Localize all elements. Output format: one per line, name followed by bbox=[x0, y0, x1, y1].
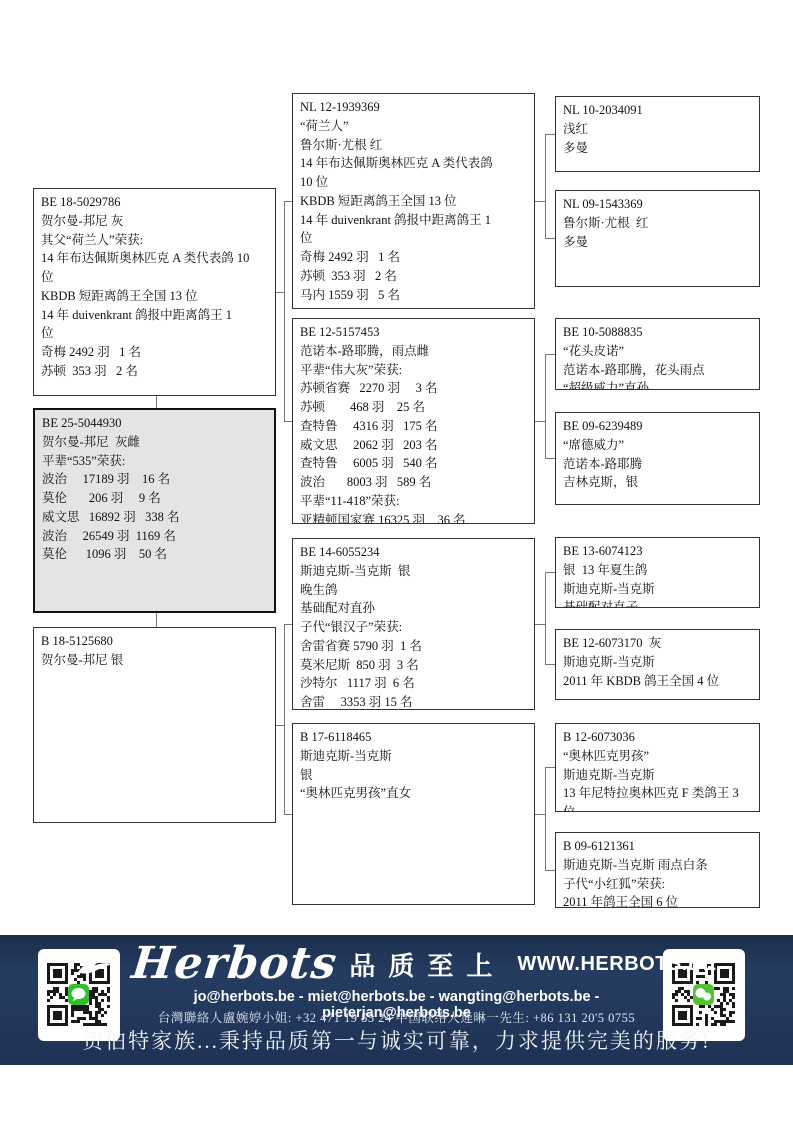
pedigree-text-line: 波治 8003 羽 589 名 bbox=[300, 473, 527, 492]
pedigree-box-fm: BE 12-5157453范诺本-路耶腾，雨点雌平辈“伟大灰”荣获:苏顿省赛 2… bbox=[292, 318, 535, 524]
pedigree-text-line: 平辈“11-418”荣获: bbox=[300, 492, 527, 511]
pedigree-text-line: 位 bbox=[563, 803, 752, 812]
connector-line bbox=[535, 814, 545, 815]
pedigree-box-ffm: NL 09-1543369鲁尔斯·尤根 红多曼 bbox=[555, 190, 760, 287]
connector-line bbox=[545, 664, 555, 665]
pedigree-box-mm: B 17-6118465斯迪克斯-当克斯银“奥林匹克男孩”直女 bbox=[292, 723, 535, 905]
pedigree-text-line: 斯迪克斯-当克斯 银 bbox=[300, 562, 527, 581]
ring-number: BE 25-5044930 bbox=[42, 414, 267, 433]
pedigree-text-line: 奇梅 2492 羽 1 名 bbox=[300, 248, 527, 267]
connector-line bbox=[545, 767, 555, 768]
pedigree-text-line: 基础配对直孙 bbox=[300, 599, 527, 618]
pedigree-text-line: KBDB 短距离鸽王全国 13 位 bbox=[300, 192, 527, 211]
pedigree-box-mmf: B 12-6073036“奥林匹克男孩”斯迪克斯-当克斯13 年尼特拉奥林匹克 … bbox=[555, 723, 760, 812]
ring-number: NL 09-1543369 bbox=[563, 195, 752, 214]
ring-number: BE 10-5088835 bbox=[563, 323, 752, 342]
connector-line bbox=[284, 201, 285, 421]
ring-number: BE 14-6055234 bbox=[300, 543, 527, 562]
brand-logo: Herbots bbox=[130, 942, 340, 986]
pedigree-text-line: 多曼 bbox=[563, 233, 752, 252]
pedigree-text-line: 范诺本-路耶腾，花头雨点 bbox=[563, 361, 752, 380]
pedigree-text-line: 鲁尔斯·尤根 红 bbox=[563, 214, 752, 233]
pedigree-text-line: 范诺本-路耶腾，雨点雌 bbox=[300, 342, 527, 361]
pedigree-box-mfm: BE 12-6073170 灰斯迪克斯-当克斯2011 年 KBDB 鸽王全国 … bbox=[555, 629, 760, 700]
pedigree-text-line: 范诺本-路耶腾 bbox=[563, 455, 752, 474]
connector-line bbox=[545, 870, 555, 871]
pedigree-text-line: 14 年 duivenkrant 鸽报中距离鸽王 1 bbox=[41, 306, 268, 325]
pedigree-box-mother: B 18-5125680贺尔曼-邦尼 银 bbox=[33, 627, 276, 823]
pedigree-text-line: 莫伦 1096 羽 50 名 bbox=[42, 545, 267, 564]
pedigree-text-line: 鲁尔斯·尤根 红 bbox=[300, 136, 527, 155]
pedigree-text-line: 多曼 bbox=[563, 139, 752, 158]
brand-slogan-cn: 品质至上 bbox=[349, 946, 505, 983]
website-link[interactable]: WWW.HERBOTS.BE bbox=[517, 953, 716, 976]
wing-icon bbox=[76, 947, 120, 981]
pedigree-text-line: 贺尔曼-邦尼 灰 bbox=[41, 212, 268, 231]
pedigree-text-line: 沙特尔 1117 羽 6 名 bbox=[300, 674, 527, 693]
ring-number: B 18-5125680 bbox=[41, 632, 268, 651]
pedigree-text-line: 10 位 bbox=[300, 173, 527, 192]
connector-line bbox=[535, 624, 545, 625]
ring-number: BE 09-6239489 bbox=[563, 417, 752, 436]
pedigree-text-line: 斯迪克斯-当克斯 雨点白条 bbox=[563, 856, 752, 875]
connector-line bbox=[545, 572, 555, 573]
pedigree-text-line: 波治 26549 羽 1169 名 bbox=[42, 527, 267, 546]
connector-line bbox=[545, 767, 546, 870]
pedigree-text-line: 莫伦 206 羽 9 名 bbox=[42, 489, 267, 508]
pedigree-box-fff: NL 10-2034091浅红多曼 bbox=[555, 96, 760, 172]
pedigree-text-line: 贺尔曼-邦尼 灰雌 bbox=[42, 433, 267, 452]
connector-line bbox=[156, 396, 157, 408]
ring-number: BE 13-6074123 bbox=[563, 542, 752, 561]
pedigree-text-line: “花头皮诺” bbox=[563, 342, 752, 361]
pedigree-text-line: 莫米尼斯 850 羽 3 名 bbox=[300, 656, 527, 675]
ring-number: BE 12-5157453 bbox=[300, 323, 527, 342]
ring-number: B 17-6118465 bbox=[300, 728, 527, 747]
pedigree-text-line: 苏顿省赛 2270 羽 3 名 bbox=[300, 379, 527, 398]
pedigree-text-line: 查特鲁 6005 羽 540 名 bbox=[300, 454, 527, 473]
pedigree-text-line: 奇梅 2492 羽 1 名 bbox=[41, 343, 268, 362]
pedigree-text-line: 吉林克斯，银 bbox=[563, 473, 752, 492]
pedigree-text-line: 2011 年 KBDB 鸽王全国 4 位 bbox=[563, 672, 752, 691]
pedigree-box-fmm: BE 09-6239489“席德威力”范诺本-路耶腾吉林克斯，银 bbox=[555, 412, 760, 505]
pedigree-text-line: 14 年 duivenkrant 鸽报中距离鸽王 1 bbox=[300, 211, 527, 230]
connector-line bbox=[284, 421, 292, 422]
pedigree-text-line: 2011 年鸽王全国 6 位 bbox=[563, 893, 752, 908]
connector-line bbox=[545, 134, 546, 238]
pedigree-box-subject: BE 25-5044930贺尔曼-邦尼 灰雌平辈“535”荣获:波治 17189… bbox=[33, 408, 276, 613]
connector-line bbox=[545, 238, 555, 239]
footer-brand-row: Herbots 品质至上 WWW.HERBOTS.BE bbox=[130, 935, 663, 993]
pedigree-text-line: 基础配对直子 bbox=[563, 598, 752, 608]
ring-number: BE 12-6073170 灰 bbox=[563, 634, 752, 653]
pedigree-box-ff: NL 12-1939369“荷兰人”鲁尔斯·尤根 红14 年布达佩斯奥林匹克 A… bbox=[292, 93, 535, 309]
pedigree-text-line: 子代“小红狐”荣获: bbox=[563, 875, 752, 894]
ring-number: NL 12-1939369 bbox=[300, 98, 527, 117]
contact-phone-line: 台灣聯絡人盧婉婷小姐: +32 471 19 55 24 中国联络人逄晽一先生:… bbox=[120, 1008, 673, 1026]
ring-number: B 12-6073036 bbox=[563, 728, 752, 747]
pedigree-text-line: 14 年布达佩斯奥林匹克 A 类代表鸽 10 bbox=[41, 249, 268, 268]
pedigree-text-line: “奥林匹克男孩” bbox=[563, 747, 752, 766]
connector-line bbox=[284, 624, 292, 625]
connector-line bbox=[545, 134, 555, 135]
pedigree-text-line: KBDB 短距离鸽王全国 13 位 bbox=[41, 287, 268, 306]
pedigree-text-line: 晚生鸽 bbox=[300, 581, 527, 600]
connector-line bbox=[284, 624, 285, 814]
pedigree-text-line: 位 bbox=[41, 324, 268, 343]
pedigree-text-line: 苏顿 353 羽 2 名 bbox=[41, 362, 268, 381]
pedigree-box-fmf: BE 10-5088835“花头皮诺”范诺本-路耶腾，花头雨点“超级威力”直孙 bbox=[555, 318, 760, 390]
pedigree-text-line: “荷兰人” bbox=[300, 117, 527, 136]
pedigree-text-line: 斯迪克斯-当克斯 bbox=[563, 766, 752, 785]
pedigree-box-mf: BE 14-6055234斯迪克斯-当克斯 银晚生鸽基础配对直孙子代“银汉子”荣… bbox=[292, 538, 535, 710]
pedigree-text-line: 子代“银汉子”荣获: bbox=[300, 618, 527, 637]
connector-line bbox=[156, 613, 157, 627]
pedigree-box-mmm: B 09-6121361斯迪克斯-当克斯 雨点白条子代“小红狐”荣获:2011 … bbox=[555, 832, 760, 908]
pedigree-text-line: 平辈“535”荣获: bbox=[42, 452, 267, 471]
pedigree-page: BE 18-5029786贺尔曼-邦尼 灰其父“荷兰人”荣获:14 年布达佩斯奥… bbox=[0, 0, 793, 1122]
pedigree-text-line: “席德威力” bbox=[563, 436, 752, 455]
pedigree-text-line: 其父“荷兰人”荣获: bbox=[41, 231, 268, 250]
pedigree-box-mff: BE 13-6074123银 13 年夏生鸽斯迪克斯-当克斯基础配对直子 bbox=[555, 537, 760, 608]
footer-tagline: 贺伯特家族...秉持品质第一与诚实可靠，力求提供完美的服务! bbox=[0, 1025, 793, 1055]
connector-line bbox=[276, 725, 284, 726]
pedigree-text-line: 斯迪克斯-当克斯 bbox=[563, 653, 752, 672]
ring-number: BE 18-5029786 bbox=[41, 193, 268, 212]
connector-line bbox=[535, 421, 545, 422]
pedigree-text-line: 苏顿 468 羽 25 名 bbox=[300, 398, 527, 417]
connector-line bbox=[545, 354, 555, 355]
pedigree-text-line: 银 13 年夏生鸽 bbox=[563, 561, 752, 580]
pedigree-text-line: 14 年布达佩斯奥林匹克 A 类代表鸽 bbox=[300, 154, 527, 173]
pedigree-text-line: 位 bbox=[300, 229, 527, 248]
pedigree-text-line: 亚精顿国家赛 16325 羽 36 名 bbox=[300, 511, 527, 525]
pedigree-text-line: 银 bbox=[300, 766, 527, 785]
connector-line bbox=[545, 354, 546, 458]
connector-line bbox=[545, 458, 555, 459]
pedigree-text-line: 查特鲁 4316 羽 175 名 bbox=[300, 417, 527, 436]
pedigree-text-line: 斯迪克斯-当克斯 bbox=[300, 747, 527, 766]
pedigree-box-father: BE 18-5029786贺尔曼-邦尼 灰其父“荷兰人”荣获:14 年布达佩斯奥… bbox=[33, 188, 276, 396]
footer-banner: Herbots 品质至上 WWW.HERBOTS.BE jo@herbots.b… bbox=[0, 935, 793, 1065]
pedigree-text-line: 浅红 bbox=[563, 120, 752, 139]
pedigree-text-line: 威文思 16892 羽 338 名 bbox=[42, 508, 267, 527]
connector-line bbox=[535, 201, 545, 202]
ring-number: NL 10-2034091 bbox=[563, 101, 752, 120]
pedigree-text-line: 舍雷省赛 5790 羽 1 名 bbox=[300, 637, 527, 656]
connector-line bbox=[276, 292, 284, 293]
pedigree-text-line: 波治 17189 羽 16 名 bbox=[42, 470, 267, 489]
connector-line bbox=[284, 201, 292, 202]
pedigree-text-line: 威文思 2062 羽 203 名 bbox=[300, 436, 527, 455]
ring-number: B 09-6121361 bbox=[563, 837, 752, 856]
connector-line bbox=[284, 814, 292, 815]
pedigree-text-line: 舍雷 3353 羽 15 名 bbox=[300, 693, 527, 710]
pedigree-text-line: 平辈“伟大灰”荣获: bbox=[300, 361, 527, 380]
pedigree-text-line: 苏顿 353 羽 2 名 bbox=[300, 267, 527, 286]
connector-line bbox=[545, 572, 546, 664]
pedigree-text-line: 位 bbox=[41, 268, 268, 287]
pedigree-text-line: “奥林匹克男孩”直女 bbox=[300, 784, 527, 803]
pedigree-text-line: 斯迪克斯-当克斯 bbox=[563, 580, 752, 599]
pedigree-text-line: 13 年尼特拉奥林匹克 F 类鸽王 3 bbox=[563, 784, 752, 803]
pedigree-text-line: “超级威力”直孙 bbox=[563, 379, 752, 390]
pedigree-text-line: 贺尔曼-邦尼 银 bbox=[41, 651, 268, 670]
pedigree-text-line: 马内 1559 羽 5 名 bbox=[300, 286, 527, 305]
